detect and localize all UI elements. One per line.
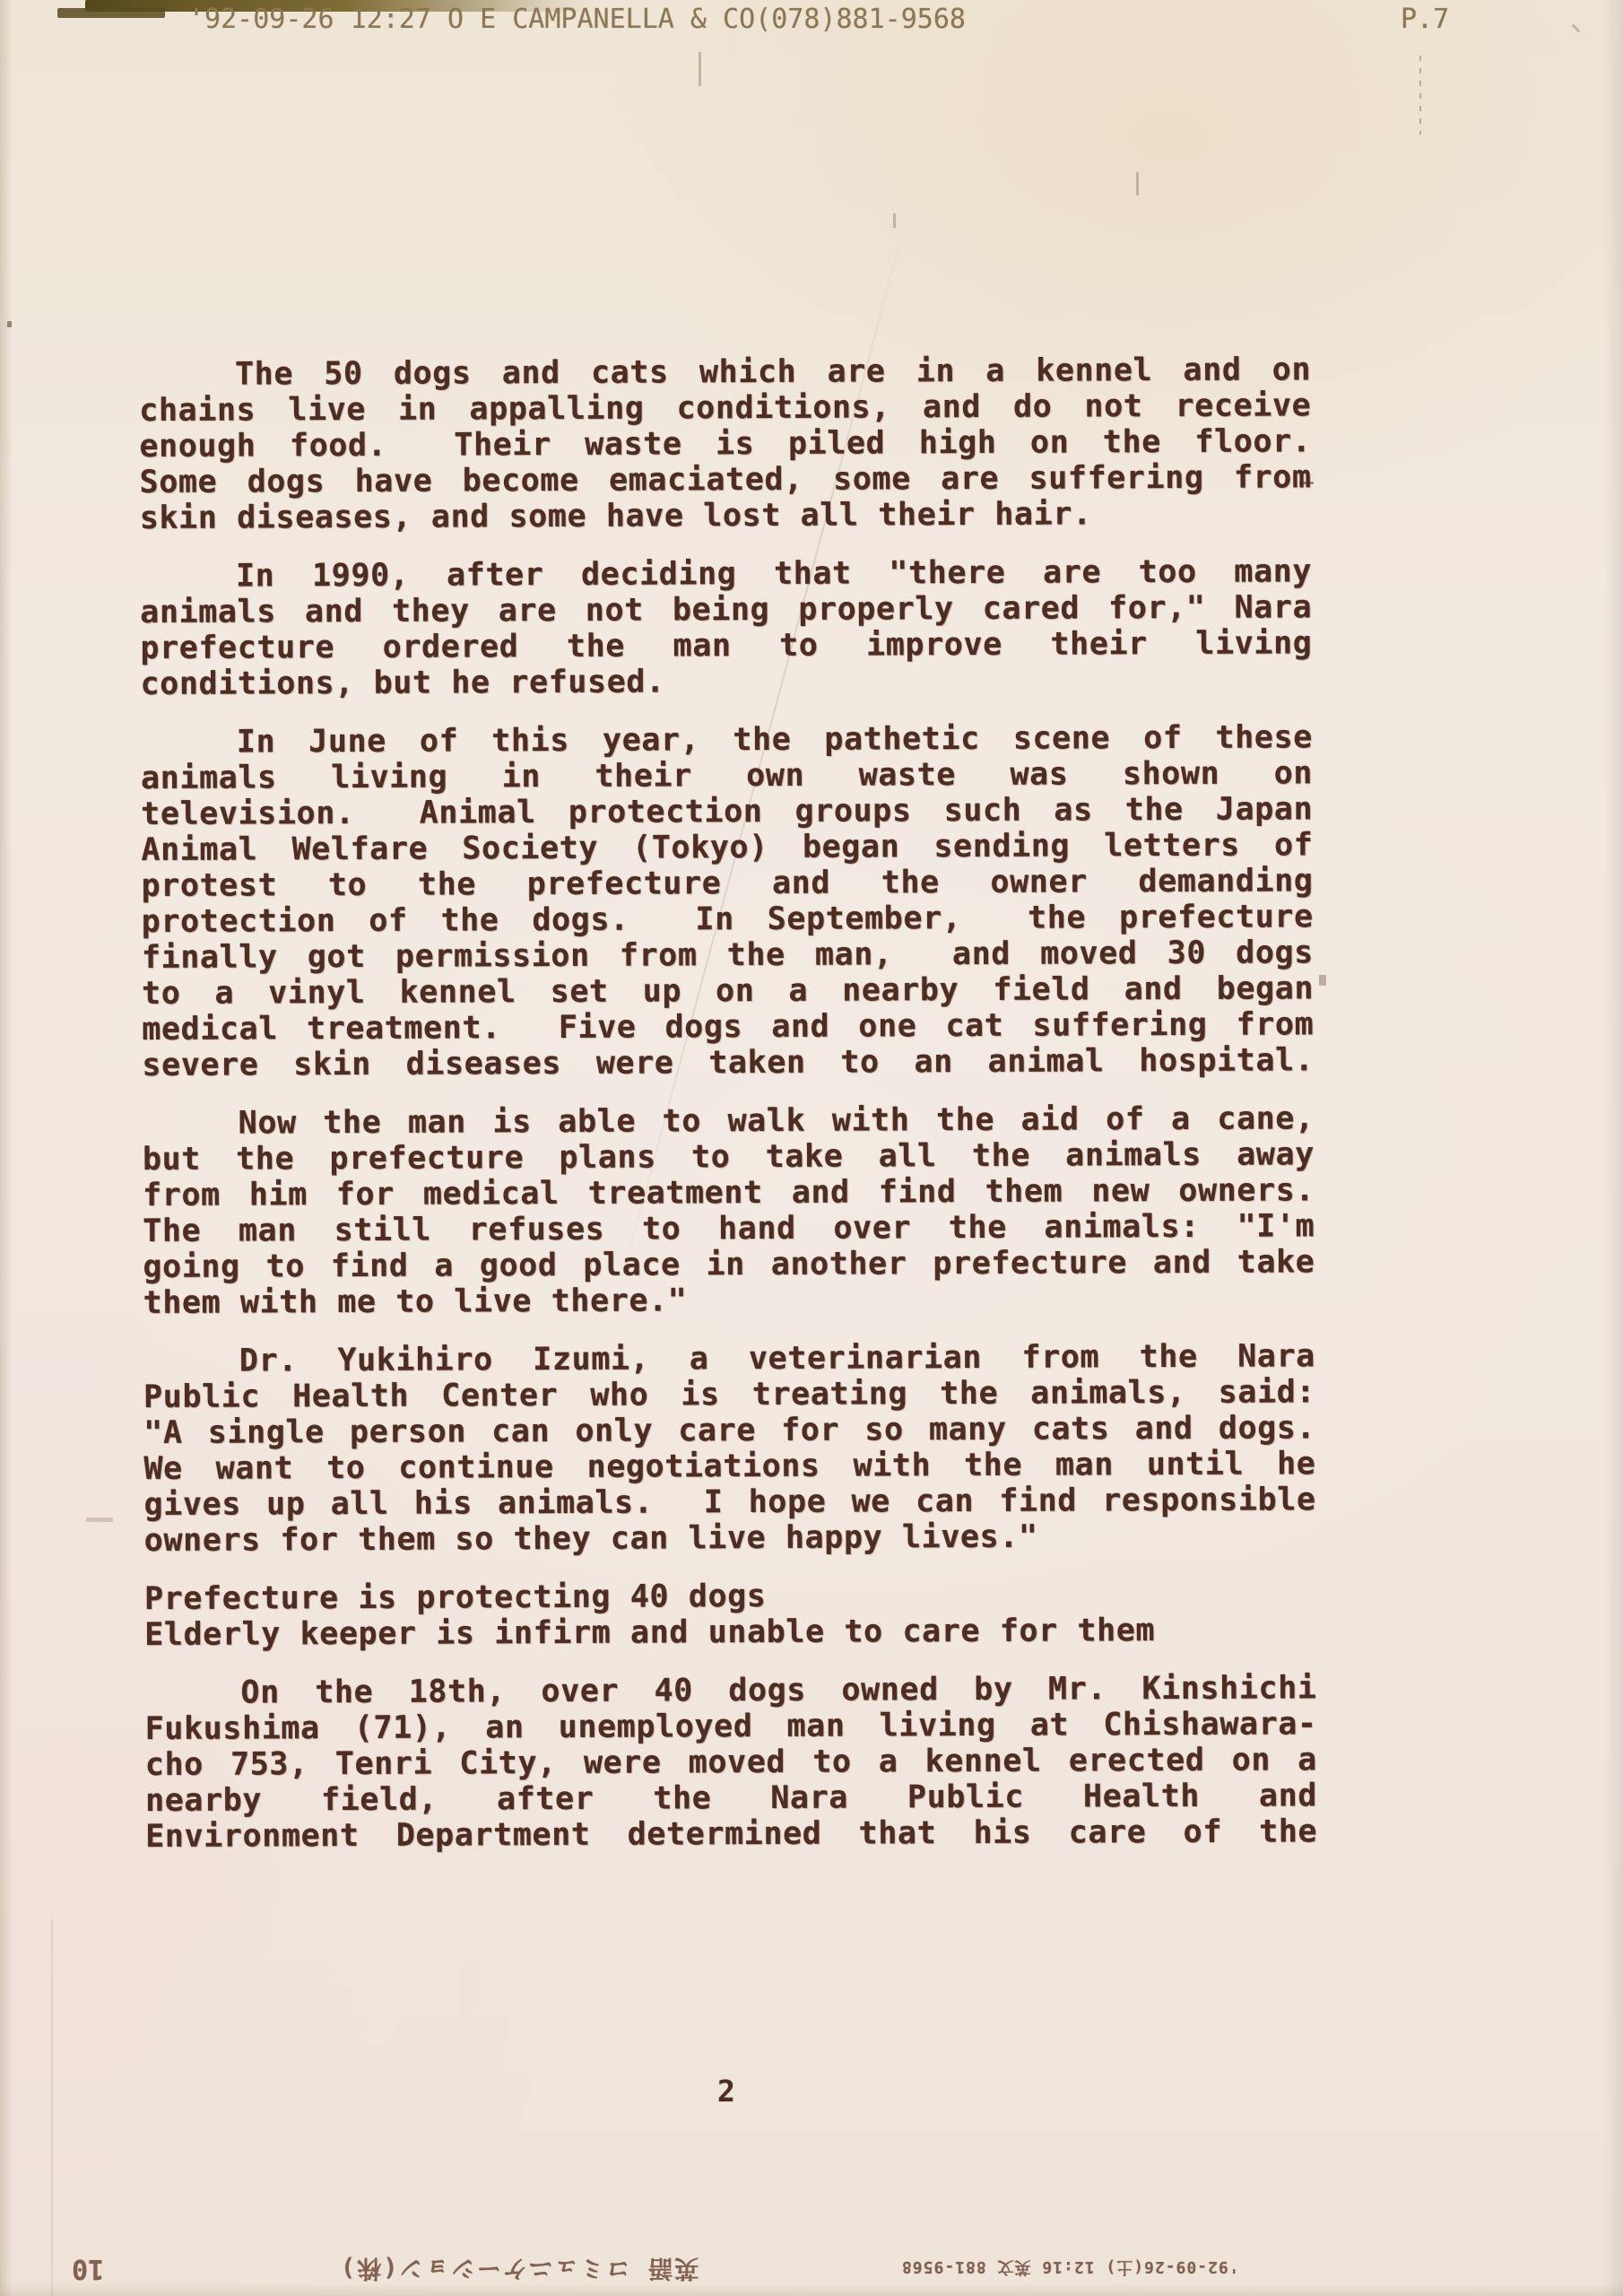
fax-header-line: '92-09-26 12:27 O E CAMPANELLA & CO(078)… — [188, 4, 966, 35]
article-paragraph: The 50 dogs and cats which are in a kenn… — [139, 352, 1312, 536]
paragraph-line: In 1990, after deciding that "there are … — [140, 553, 1312, 595]
scan-speck — [1419, 56, 1421, 135]
paper-edge-shadow — [0, 0, 13, 2296]
paragraph-line: animals and they are not being properly … — [140, 589, 1312, 631]
heading-line: Elderly keeper is infirm and unable to c… — [144, 1612, 1316, 1653]
paper-crease — [51, 1919, 53, 2296]
paragraph-line: The man still refuses to hand over the a… — [143, 1208, 1315, 1249]
paragraph-line: owners for them so they can live happy l… — [144, 1518, 1316, 1559]
scan-speck — [1136, 172, 1139, 196]
paragraph-line: Public Health Center who is treating the… — [143, 1374, 1315, 1415]
paragraph-line: "A single person can only care for so ma… — [143, 1410, 1315, 1451]
footer-upside-down-mark: 10 — [72, 2253, 104, 2284]
paragraph-line: going to find a good place in another pr… — [143, 1244, 1315, 1285]
paragraph-line: animals living in their own waste was sh… — [141, 755, 1313, 796]
article-paragraph: Now the man is able to walk with the aid… — [143, 1100, 1315, 1321]
paragraph-line: but the prefecture plans to take all the… — [143, 1136, 1315, 1178]
paragraph-line: medical treatment. Five dogs and one cat… — [142, 1006, 1314, 1048]
footer-sender-stamp: 英語 コミュニケーション(株) — [339, 2253, 699, 2288]
scan-speck — [699, 52, 701, 86]
page-number: 2 — [717, 2074, 735, 2109]
paragraph-line: gives up all his animals. I hope we can … — [143, 1482, 1315, 1523]
paragraph-line: Dr. Yukihiro Izumi, a veterinarian from … — [143, 1338, 1315, 1379]
fax-page-indicator: P.7 — [1401, 4, 1449, 35]
paragraph-line: skin diseases, and some have lost all th… — [140, 495, 1312, 536]
paragraph-line: prefecture ordered the man to improve th… — [140, 625, 1312, 666]
paragraph-line: Environment Department determined that h… — [145, 1813, 1317, 1855]
paragraph-line: from him for medical treatment and find … — [143, 1172, 1315, 1213]
paragraph-line: television. Animal protection groups suc… — [141, 791, 1313, 832]
paragraph-line: Animal Welfare Society (Tokyo) began sen… — [141, 827, 1313, 868]
paragraph-line: In June of this year, the pathetic scene… — [141, 719, 1313, 761]
article-paragraph: Dr. Yukihiro Izumi, a veterinarian from … — [143, 1338, 1316, 1559]
scan-speck — [86, 1518, 113, 1522]
paragraph-line: cho 753, Tenri City, were moved to a ken… — [145, 1742, 1317, 1783]
scan-speck — [7, 321, 12, 327]
paper-edge-shadow — [1603, 0, 1623, 2296]
paragraph-line: enough food. Their waste is piled high o… — [139, 423, 1311, 465]
paragraph-line: Some dogs have become emaciated, some ar… — [140, 459, 1312, 500]
paragraph-line: to a vinyl kennel set up on a nearby fie… — [142, 970, 1314, 1012]
heading-line: Prefecture is protecting 40 dogs — [144, 1576, 1316, 1617]
article-heading: Prefecture is protecting 40 dogsElderly … — [144, 1576, 1316, 1653]
paragraph-line: protection of the dogs. In September, th… — [142, 899, 1314, 940]
article-paragraph: In 1990, after deciding that "there are … — [140, 553, 1313, 702]
paragraph-line: conditions, but he refused. — [141, 661, 1313, 702]
article-paragraph: On the 18th, over 40 dogs owned by Mr. K… — [144, 1670, 1317, 1855]
paragraph-line: finally got permission from the man, and… — [142, 935, 1314, 976]
paragraph-line: nearby field, after the Nara Public Heal… — [145, 1778, 1317, 1819]
paragraph-line: chains live in appalling conditions, and… — [139, 387, 1311, 429]
footer-receiver-stamp: '92-09-26(土) 12:16 英文 881-9568 — [901, 2257, 1239, 2280]
paragraph-line: The 50 dogs and cats which are in a kenn… — [139, 352, 1311, 393]
paragraph-line: On the 18th, over 40 dogs owned by Mr. K… — [144, 1670, 1316, 1711]
scan-speck — [1319, 975, 1326, 986]
scan-speck — [893, 213, 896, 228]
fax-transmission-header: '92-09-26 12:27 O E CAMPANELLA & CO(078)… — [0, 4, 1623, 34]
paragraph-line: severe skin diseases were taken to an an… — [142, 1042, 1314, 1083]
paragraph-line: protest to the prefecture and the owner … — [141, 863, 1313, 904]
paragraph-line: Now the man is able to walk with the aid… — [143, 1100, 1315, 1142]
paragraph-line: We want to continue negotiations with th… — [143, 1446, 1315, 1487]
article-paragraph: In June of this year, the pathetic scene… — [141, 719, 1315, 1083]
fax-document-page: '92-09-26 12:27 O E CAMPANELLA & CO(078)… — [0, 0, 1623, 2296]
paper-edge-shadow — [0, 2283, 1623, 2296]
document-body: The 50 dogs and cats which are in a kenn… — [139, 352, 1317, 1877]
paragraph-line: Fukushima (71), an unemployed man living… — [145, 1706, 1317, 1747]
paragraph-line: them with me to live there." — [143, 1280, 1315, 1321]
